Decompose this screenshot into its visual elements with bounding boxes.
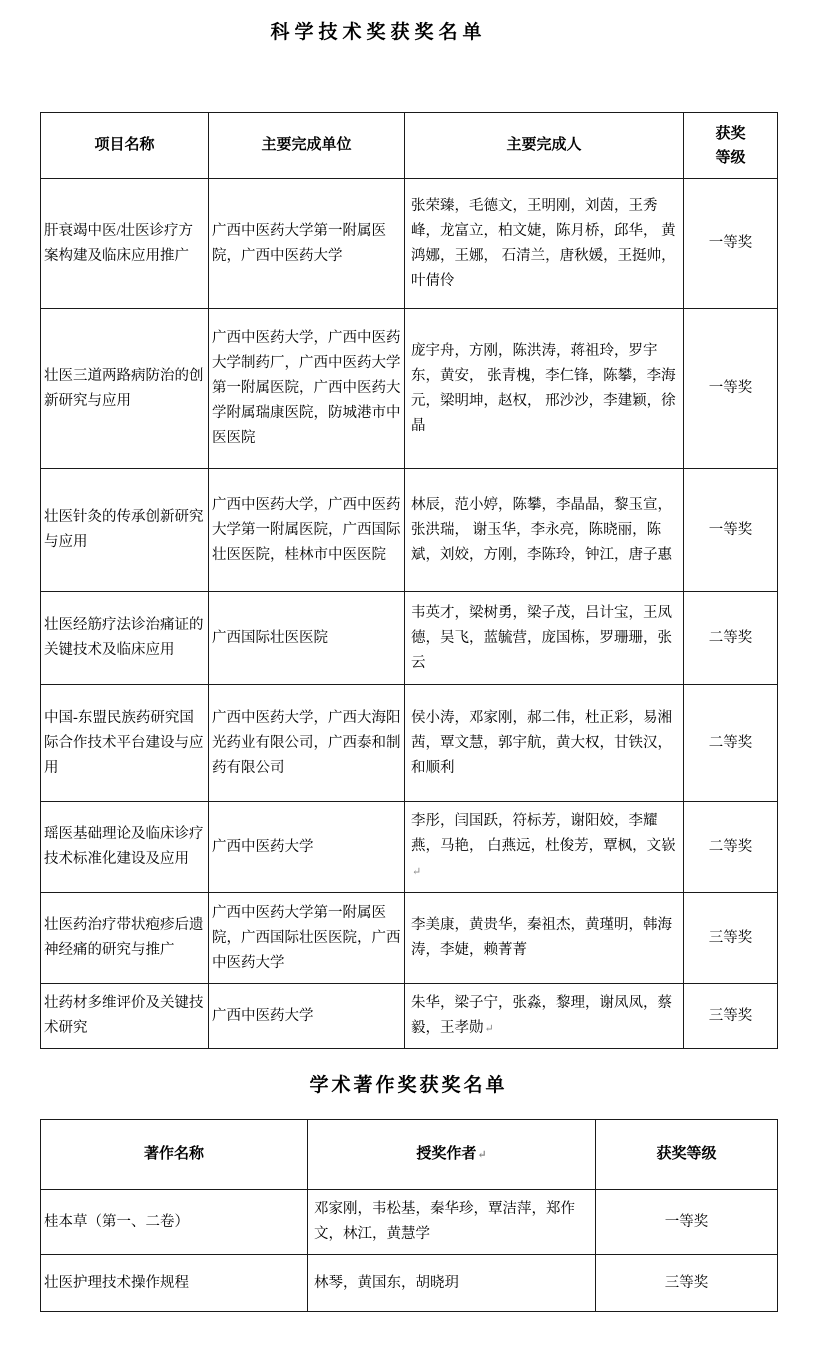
project-name-cell-text: 壮医针灸的传承创新研究与应用 (44, 509, 204, 550)
science-awards-table: 项目名称 主要完成单位 主要完成人 获奖 等级 肝衰竭中医/壮医诊疗方案构建及临… (40, 112, 778, 1049)
completing-units-cell-text: 广西中医药大学，广西中医药大学第一附属医院，广西国际壮医医院，桂林市中医医院 (212, 497, 401, 563)
header-completing-units: 主要完成单位 (209, 113, 405, 179)
award-grade-cell-text: 一等奖 (709, 235, 753, 251)
completers-cell: 朱华，梁子宁，张淼，黎理，谢凤凤，蔡毅，王孝勋↵ (405, 984, 684, 1049)
table-row: 桂本草（第一、二卷）邓家刚，韦松基，秦华珍，覃洁萍，郑作文，林江，黄慧学一等奖 (41, 1190, 778, 1255)
award-grade-cell: 一等奖 (596, 1190, 778, 1255)
project-name-cell-text: 壮药材多维评价及关键技术研究 (44, 995, 204, 1036)
academic-works-table-header: 著作名称 授奖作者↵ 获奖等级 (41, 1120, 778, 1190)
table-row: 壮医药治疗带状疱疹后遗神经痛的研究与推广广西中医药大学第一附属医院，广西国际壮医… (41, 893, 778, 984)
completing-units-cell-text: 广西中医药大学 (212, 1008, 314, 1024)
completing-units-cell-text: 广西中医药大学第一附属医院，广西中医药大学 (212, 223, 386, 264)
completers-cell: 林辰，范小婷，陈攀，李晶晶，黎玉宣，张洪瑞， 谢玉华，李永亮，陈晓丽，陈斌，刘姣… (405, 469, 684, 592)
paragraph-mark-icon: ↵ (412, 866, 421, 878)
completers-cell-text: 李彤，闫国跃，符标芳，谢阳姣，李耀燕，马艳， 白燕远，杜俊芳，覃枫，文嵚 (411, 813, 676, 854)
project-name-cell: 中国-东盟民族药研究国际合作技术平台建设与应用 (41, 685, 209, 802)
completing-units-cell-text: 广西国际壮医医院 (212, 630, 328, 646)
project-name-cell-text: 中国-东盟民族药研究国际合作技术平台建设与应用 (44, 710, 204, 776)
award-grade-cell-text: 一等奖 (709, 522, 753, 538)
completers-cell: 庞宇舟，方刚，陈洪涛，蒋祖玲，罗宇东，黄安， 张青槐，李仁锋，陈攀，李海元，梁明… (405, 309, 684, 469)
header-row: 著作名称 授奖作者↵ 获奖等级 (41, 1120, 778, 1190)
project-name-cell-text: 肝衰竭中医/壮医诊疗方案构建及临床应用推广 (44, 223, 193, 264)
completing-units-cell: 广西中医药大学第一附属医院，广西国际壮医医院，广西中医药大学 (209, 893, 405, 984)
science-awards-table-header: 项目名称 主要完成单位 主要完成人 获奖 等级 (41, 113, 778, 179)
paragraph-mark-icon: ↵ (477, 1149, 486, 1161)
table-row: 壮医针灸的传承创新研究与应用广西中医药大学，广西中医药大学第一附属医院，广西国际… (41, 469, 778, 592)
completing-units-cell: 广西中医药大学 (209, 802, 405, 893)
project-name-cell: 肝衰竭中医/壮医诊疗方案构建及临床应用推广 (41, 179, 209, 309)
completing-units-cell: 广西国际壮医医院 (209, 592, 405, 685)
header-awarded-authors-text: 授奖作者 (416, 1146, 476, 1162)
completers-cell: 韦英才，梁树勇，梁子茂，吕计宝，王凤德，吴飞，蓝毓营，庞国栋，罗珊珊，张云 (405, 592, 684, 685)
document-page: 科学技术奖获奖名单 项目名称 主要完成单位 主要完成人 获奖 等级 肝衰竭中医/… (40, 0, 777, 1312)
project-name-cell: 壮医针灸的传承创新研究与应用 (41, 469, 209, 592)
completers-cell: 李彤，闫国跃，符标芳，谢阳姣，李耀燕，马艳， 白燕远，杜俊芳，覃枫，文嵚↵ (405, 802, 684, 893)
header-award-grade: 获奖等级 (596, 1120, 778, 1190)
award-grade-cell: 三等奖 (684, 984, 778, 1049)
completers-cell-text: 侯小涛，邓家刚，郝二伟，杜正彩，易湘茜，覃文慧，郭宇航，黄大权，甘铁汉，和顺利 (411, 710, 672, 776)
paragraph-mark-icon: ↵ (485, 1023, 494, 1035)
completing-units-cell: 广西中医药大学，广西大海阳光药业有限公司，广西泰和制药有限公司 (209, 685, 405, 802)
award-grade-cell: 一等奖 (684, 469, 778, 592)
table-row: 中国-东盟民族药研究国际合作技术平台建设与应用广西中医药大学，广西大海阳光药业有… (41, 685, 778, 802)
project-name-cell: 壮药材多维评价及关键技术研究 (41, 984, 209, 1049)
completers-cell-text: 韦英才，梁树勇，梁子茂，吕计宝，王凤德，吴飞，蓝毓营，庞国栋，罗珊珊，张云 (411, 605, 672, 671)
header-project-name: 项目名称 (41, 113, 209, 179)
completers-cell: 侯小涛，邓家刚，郝二伟，杜正彩，易湘茜，覃文慧，郭宇航，黄大权，甘铁汉，和顺利 (405, 685, 684, 802)
award-grade-cell: 三等奖 (684, 893, 778, 984)
award-grade-cell: 二等奖 (684, 802, 778, 893)
science-awards-table-body: 肝衰竭中医/壮医诊疗方案构建及临床应用推广广西中医药大学第一附属医院，广西中医药… (41, 179, 778, 1049)
completers-cell-text: 庞宇舟，方刚，陈洪涛，蒋祖玲，罗宇东，黄安， 张青槐，李仁锋，陈攀，李海元，梁明… (411, 343, 676, 434)
academic-works-table-body: 桂本草（第一、二卷）邓家刚，韦松基，秦华珍，覃洁萍，郑作文，林江，黄慧学一等奖壮… (41, 1190, 778, 1312)
award-grade-cell-text: 二等奖 (709, 839, 753, 855)
award-grade-cell-text: 三等奖 (665, 1275, 709, 1291)
awarded-authors-cell-text: 林琴，黄国东，胡晓玥 (314, 1275, 459, 1291)
awarded-authors-cell-text: 邓家刚，韦松基，秦华珍，覃洁萍，郑作文，林江，黄慧学 (314, 1201, 575, 1242)
project-name-cell-text: 壮医三道两路病防治的创新研究与应用 (44, 368, 204, 409)
award-grade-cell: 三等奖 (596, 1255, 778, 1312)
table-row: 肝衰竭中医/壮医诊疗方案构建及临床应用推广广西中医药大学第一附属医院，广西中医药… (41, 179, 778, 309)
project-name-cell: 壮医药治疗带状疱疹后遗神经痛的研究与推广 (41, 893, 209, 984)
awarded-authors-cell: 林琴，黄国东，胡晓玥 (308, 1255, 596, 1312)
header-awarded-authors: 授奖作者↵ (308, 1120, 596, 1190)
project-name-cell-text: 壮医经筋疗法诊治痛证的关键技术及临床应用 (44, 617, 204, 658)
header-work-title: 著作名称 (41, 1120, 308, 1190)
award-grade-cell-text: 三等奖 (709, 930, 753, 946)
award-grade-cell-text: 一等奖 (709, 380, 753, 396)
award-grade-cell: 一等奖 (684, 179, 778, 309)
award-grade-cell: 二等奖 (684, 592, 778, 685)
table-row: 瑶医基础理论及临床诊疗技术标准化建设及应用广西中医药大学李彤，闫国跃，符标芳，谢… (41, 802, 778, 893)
table-row: 壮医经筋疗法诊治痛证的关键技术及临床应用广西国际壮医医院韦英才，梁树勇，梁子茂，… (41, 592, 778, 685)
awarded-authors-cell: 邓家刚，韦松基，秦华珍，覃洁萍，郑作文，林江，黄慧学 (308, 1190, 596, 1255)
completers-cell-text: 李美康，黄贵华，秦祖杰，黄瑾明，韩海涛，李婕，赖菁菁 (411, 917, 672, 958)
completing-units-cell-text: 广西中医药大学，广西中医药大学制药厂，广西中医药大学第一附属医院，广西中医药大学… (212, 330, 401, 446)
table-row: 壮医护理技术操作规程林琴，黄国东，胡晓玥三等奖 (41, 1255, 778, 1312)
work-title-cell: 壮医护理技术操作规程 (41, 1255, 308, 1312)
work-title-cell-text: 桂本草（第一、二卷） (44, 1214, 189, 1230)
award-grade-cell-text: 二等奖 (709, 630, 753, 646)
work-title-cell: 桂本草（第一、二卷） (41, 1190, 308, 1255)
completing-units-cell: 广西中医药大学第一附属医院，广西中医药大学 (209, 179, 405, 309)
completing-units-cell-text: 广西中医药大学，广西大海阳光药业有限公司，广西泰和制药有限公司 (212, 710, 401, 776)
project-name-cell-text: 壮医药治疗带状疱疹后遗神经痛的研究与推广 (44, 917, 204, 958)
award-grade-cell-text: 一等奖 (665, 1214, 709, 1230)
project-name-cell: 壮医三道两路病防治的创新研究与应用 (41, 309, 209, 469)
completers-cell: 张荣臻，毛德文，王明刚，刘茵，王秀峰，龙富立，柏文婕，陈月桥，邱华， 黄鸿娜，王… (405, 179, 684, 309)
header-award-grade: 获奖 等级 (684, 113, 778, 179)
completing-units-cell-text: 广西中医药大学 (212, 839, 314, 855)
completers-cell-text: 张荣臻，毛德文，王明刚，刘茵，王秀峰，龙富立，柏文婕，陈月桥，邱华， 黄鸿娜，王… (411, 198, 676, 289)
table-row: 壮医三道两路病防治的创新研究与应用广西中医药大学，广西中医药大学制药厂，广西中医… (41, 309, 778, 469)
completers-cell: 李美康，黄贵华，秦祖杰，黄瑾明，韩海涛，李婕，赖菁菁 (405, 893, 684, 984)
completers-cell-text: 林辰，范小婷，陈攀，李晶晶，黎玉宣，张洪瑞， 谢玉华，李永亮，陈晓丽，陈斌，刘姣… (411, 497, 672, 563)
award-grade-cell-text: 三等奖 (709, 1008, 753, 1024)
academic-works-table: 著作名称 授奖作者↵ 获奖等级 桂本草（第一、二卷）邓家刚，韦松基，秦华珍，覃洁… (40, 1119, 778, 1312)
academic-works-title: 学术著作奖获奖名单 (40, 1073, 777, 1099)
project-name-cell: 瑶医基础理论及临床诊疗技术标准化建设及应用 (41, 802, 209, 893)
award-grade-cell: 一等奖 (684, 309, 778, 469)
completing-units-cell: 广西中医药大学，广西中医药大学第一附属医院，广西国际壮医医院，桂林市中医医院 (209, 469, 405, 592)
completing-units-cell: 广西中医药大学，广西中医药大学制药厂，广西中医药大学第一附属医院，广西中医药大学… (209, 309, 405, 469)
award-grade-cell: 二等奖 (684, 685, 778, 802)
header-row: 项目名称 主要完成单位 主要完成人 获奖 等级 (41, 113, 778, 179)
completing-units-cell: 广西中医药大学 (209, 984, 405, 1049)
science-awards-title: 科学技术奖获奖名单 (10, 20, 747, 46)
completing-units-cell-text: 广西中医药大学第一附属医院，广西国际壮医医院，广西中医药大学 (212, 905, 401, 971)
completers-cell-text: 朱华，梁子宁，张淼，黎理，谢凤凤，蔡毅，王孝勋 (411, 995, 672, 1036)
header-completers: 主要完成人 (405, 113, 684, 179)
award-grade-cell-text: 二等奖 (709, 735, 753, 751)
project-name-cell: 壮医经筋疗法诊治痛证的关键技术及临床应用 (41, 592, 209, 685)
table-row: 壮药材多维评价及关键技术研究广西中医药大学朱华，梁子宁，张淼，黎理，谢凤凤，蔡毅… (41, 984, 778, 1049)
project-name-cell-text: 瑶医基础理论及临床诊疗技术标准化建设及应用 (44, 826, 204, 867)
work-title-cell-text: 壮医护理技术操作规程 (44, 1275, 189, 1291)
